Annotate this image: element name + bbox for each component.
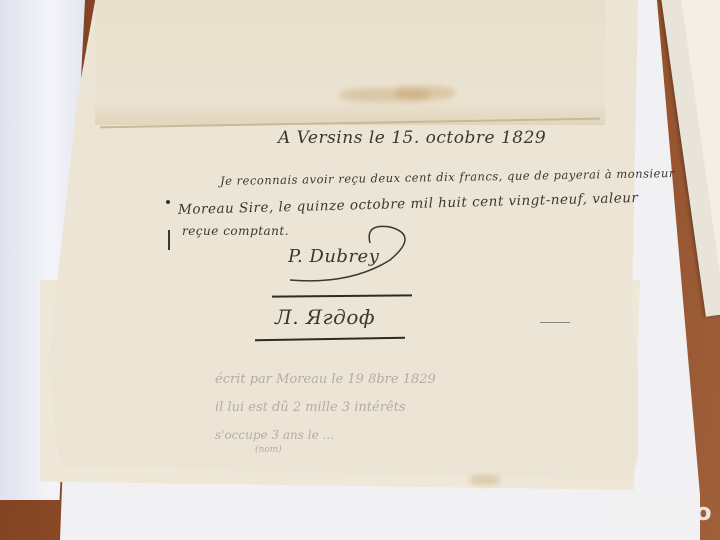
stain bbox=[395, 86, 455, 100]
margin-mark bbox=[168, 230, 170, 250]
avito-label: Avito bbox=[642, 498, 712, 526]
pencil-note-line-3: s'occupe 3 ans le ... bbox=[215, 428, 334, 442]
document-folded-top bbox=[95, 0, 605, 125]
pencil-note-line-2: il lui est dû 2 mille 3 intérêts bbox=[215, 400, 406, 415]
document-body-line-3: reçue comptant. bbox=[182, 224, 289, 238]
document-date-line: A Versins le 15. octobre 1829 bbox=[278, 128, 546, 148]
stain bbox=[470, 475, 500, 485]
ink-dot bbox=[166, 200, 170, 204]
small-dash bbox=[540, 322, 570, 323]
avito-logo-icon bbox=[612, 500, 638, 524]
signature-flourish bbox=[280, 215, 420, 290]
pencil-note-line-1: écrit par Moreau le 19 8bre 1829 bbox=[215, 372, 436, 387]
signature-2: Л. Ягдоф bbox=[275, 305, 375, 329]
avito-watermark: Avito bbox=[612, 498, 712, 526]
pencil-note-line-4: (nom) bbox=[255, 445, 282, 455]
